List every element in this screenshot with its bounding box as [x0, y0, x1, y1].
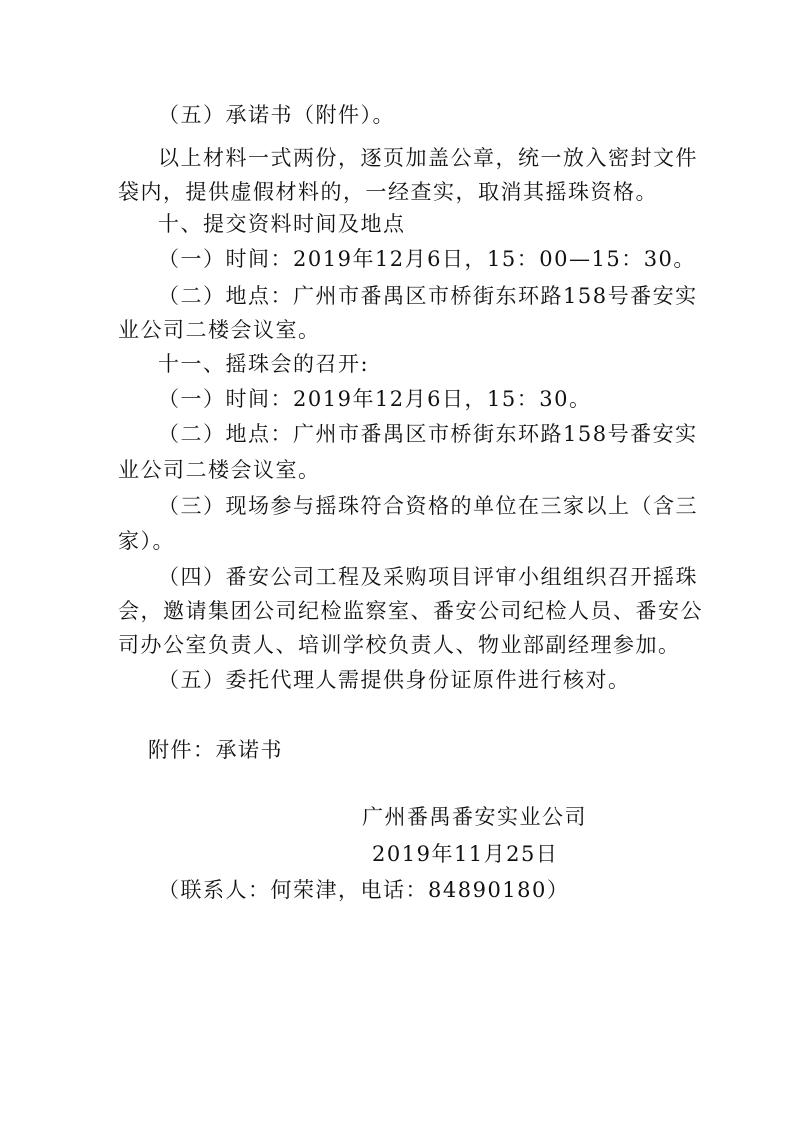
attachment-note: 附件：承诺书	[148, 736, 283, 764]
meeting-item-5: （五）委托代理人需提供身份证原件进行核对。	[158, 666, 631, 694]
meeting-location-cont: 业公司二楼会议室。	[118, 456, 321, 484]
meeting-item-4-cont2: 司办公室负责人、培训学校负责人、物业部副经理参加。	[118, 631, 681, 659]
meeting-item-3: （三）现场参与摇珠符合资格的单位在三家以上（含三	[158, 492, 698, 520]
submission-time: （一）时间：2019年12月6日，15：00—15：30。	[158, 245, 696, 273]
meeting-item-4: （四）番安公司工程及采购项目评审小组组织召开摇珠	[158, 563, 698, 591]
section-11-heading: 十一、摇珠会的召开:	[158, 350, 369, 378]
signature-date: 2019年11月25日	[372, 840, 558, 868]
paragraph-materials-cont: 袋内，提供虚假材料的，一经查实，取消其摇珠资格。	[118, 178, 658, 206]
paragraph-materials: 以上材料一式两份，逐页加盖公章，统一放入密封文件	[158, 144, 698, 172]
meeting-item-3-cont: 家）。	[118, 527, 175, 555]
section-10-heading: 十、提交资料时间及地点	[158, 210, 406, 238]
contact-info: （联系人：何荣津，电话：84890180）	[158, 876, 569, 904]
signature-company: 广州番禺番安实业公司	[362, 803, 587, 831]
meeting-location: （二）地点：广州市番禺区市桥街东环路158号番安实	[158, 420, 698, 448]
submission-location: （二）地点：广州市番禺区市桥街东环路158号番安实	[158, 282, 698, 310]
meeting-time: （一）时间：2019年12月6日，15：30。	[158, 385, 591, 413]
submission-location-cont: 业公司二楼会议室。	[118, 316, 321, 344]
meeting-item-4-cont1: 会，邀请集团公司纪检监察室、番安公司纪检人员、番安公	[118, 597, 703, 625]
item-5-commitment: （五）承诺书（附件）。	[158, 101, 395, 129]
